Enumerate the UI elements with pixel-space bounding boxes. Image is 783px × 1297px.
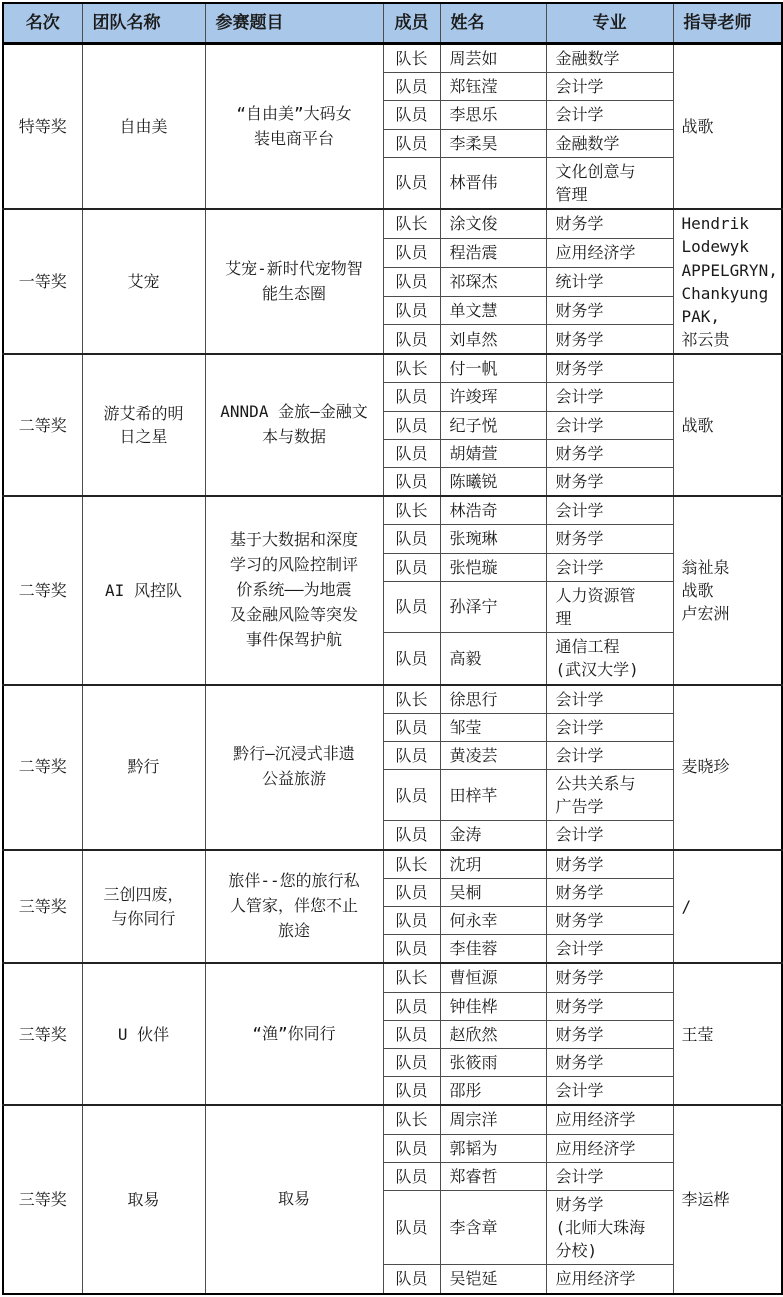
rank-cell: 三等奖 — [3, 963, 82, 1105]
name-cell: 钟佳桦 — [440, 992, 546, 1020]
role-cell: 队员 — [383, 383, 440, 411]
advisor-cell: 战歌 — [673, 44, 782, 210]
major-cell: 会计学 — [546, 383, 673, 411]
role-cell: 队长 — [383, 850, 440, 879]
role-cell: 队长 — [383, 44, 440, 73]
role-cell: 队员 — [383, 525, 440, 553]
name-cell: 赵欣然 — [440, 1020, 546, 1048]
role-cell: 队员 — [383, 101, 440, 129]
rank-cell: 三等奖 — [3, 1105, 82, 1293]
role-cell: 队长 — [383, 209, 440, 238]
name-cell: 沈玥 — [440, 850, 546, 879]
role-cell: 队长 — [383, 685, 440, 714]
header-cell-major: 专业 — [546, 3, 673, 44]
name-cell: 田梓芊 — [440, 770, 546, 821]
name-cell: 许竣珲 — [440, 383, 546, 411]
name-cell: 周宗洋 — [440, 1105, 546, 1134]
role-cell: 队员 — [383, 267, 440, 296]
role-cell: 队长 — [383, 1105, 440, 1134]
name-cell: 吴铠延 — [440, 1265, 546, 1294]
name-cell: 郑钰滢 — [440, 73, 546, 101]
member-row: 一等奖艾宠艾宠-新时代宠物智 能生态圈队长涂文俊财务学Hendrik Lodew… — [3, 209, 782, 238]
major-cell: 应用经济学 — [546, 1105, 673, 1134]
role-cell: 队员 — [383, 821, 440, 850]
role-cell: 队员 — [383, 581, 440, 632]
role-cell: 队员 — [383, 770, 440, 821]
major-cell: 会计学 — [546, 1077, 673, 1106]
major-cell: 财务学 — [546, 907, 673, 935]
major-cell: 财务学 — [546, 525, 673, 553]
role-cell: 队员 — [383, 129, 440, 157]
advisor-cell: / — [673, 850, 782, 964]
major-cell: 会计学 — [546, 821, 673, 850]
role-cell: 队员 — [383, 439, 440, 467]
advisor-cell: 麦晓珍 — [673, 685, 782, 850]
name-cell: 邹莹 — [440, 713, 546, 741]
major-cell: 应用经济学 — [546, 1134, 673, 1162]
role-cell: 队员 — [383, 411, 440, 439]
name-cell: 单文慧 — [440, 296, 546, 325]
topic-cell: 基于大数据和深度 学习的风险控制评 价系统——为地震 及金融风险等突发 事件保驾… — [205, 496, 383, 684]
major-cell: 财务学 — [546, 296, 673, 325]
name-cell: 付一帆 — [440, 354, 546, 383]
name-cell: 张琬琳 — [440, 525, 546, 553]
major-cell: 会计学 — [546, 935, 673, 964]
member-row: 二等奖游艾希的明 日之星ANNDA 金旅—金融文 本与数据队长付一帆财务学战歌 — [3, 354, 782, 383]
major-cell: 通信工程 (武汉大学) — [546, 633, 673, 685]
header-cell-advisor: 指导老师 — [673, 3, 782, 44]
major-cell: 公共关系与 广告学 — [546, 770, 673, 821]
role-cell: 队员 — [383, 553, 440, 581]
topic-cell: “自由美”大码女 装电商平台 — [205, 44, 383, 210]
advisor-cell: 战歌 — [673, 354, 782, 496]
role-cell: 队员 — [383, 741, 440, 769]
major-cell: 应用经济学 — [546, 1265, 673, 1294]
topic-cell: 黔行—沉浸式非遗 公益旅游 — [205, 685, 383, 850]
major-cell: 财务学 — [546, 992, 673, 1020]
name-cell: 邵彤 — [440, 1077, 546, 1106]
major-cell: 会计学 — [546, 73, 673, 101]
role-cell: 队员 — [383, 1265, 440, 1294]
major-cell: 应用经济学 — [546, 238, 673, 267]
major-cell: 财务学 — [546, 209, 673, 238]
name-cell: 林晋伟 — [440, 157, 546, 209]
rank-cell: 特等奖 — [3, 44, 82, 210]
name-cell: 张恺璇 — [440, 553, 546, 581]
member-row: 二等奖AI 风控队基于大数据和深度 学习的风险控制评 价系统——为地震 及金融风… — [3, 496, 782, 525]
member-row: 三等奖U 伙伴“渔”你同行队长曹恒源财务学王莹 — [3, 963, 782, 992]
role-cell: 队员 — [383, 238, 440, 267]
major-cell: 财务学 (北师大珠海 分校) — [546, 1190, 673, 1265]
name-cell: 李思乐 — [440, 101, 546, 129]
major-cell: 财务学 — [546, 439, 673, 467]
role-cell: 队员 — [383, 992, 440, 1020]
name-cell: 周芸如 — [440, 44, 546, 73]
major-cell: 财务学 — [546, 963, 673, 992]
role-cell: 队员 — [383, 1190, 440, 1265]
advisor-cell: 李运桦 — [673, 1105, 782, 1293]
team-cell: 游艾希的明 日之星 — [82, 354, 205, 496]
name-cell: 祁琛杰 — [440, 267, 546, 296]
rank-cell: 二等奖 — [3, 685, 82, 850]
major-cell: 会计学 — [546, 741, 673, 769]
name-cell: 徐思行 — [440, 685, 546, 714]
topic-cell: ANNDA 金旅—金融文 本与数据 — [205, 354, 383, 496]
header-row: 名次 团队名称 参赛题目 成员 姓名 专业 指导老师 — [3, 3, 782, 44]
name-cell: 刘卓然 — [440, 325, 546, 354]
major-cell: 会计学 — [546, 553, 673, 581]
name-cell: 孙泽宁 — [440, 581, 546, 632]
name-cell: 何永幸 — [440, 907, 546, 935]
major-cell: 会计学 — [546, 713, 673, 741]
topic-cell: 艾宠-新时代宠物智 能生态圈 — [205, 209, 383, 354]
role-cell: 队员 — [383, 157, 440, 209]
name-cell: 胡婧萱 — [440, 439, 546, 467]
major-cell: 财务学 — [546, 354, 673, 383]
team-cell: 三创四废， 与你同行 — [82, 850, 205, 964]
team-cell: 自由美 — [82, 44, 205, 210]
major-cell: 会计学 — [546, 101, 673, 129]
advisor-cell: 王莹 — [673, 963, 782, 1105]
name-cell: 高毅 — [440, 633, 546, 685]
team-cell: U 伙伴 — [82, 963, 205, 1105]
major-cell: 财务学 — [546, 878, 673, 906]
table-body: 特等奖自由美“自由美”大码女 装电商平台队长周芸如金融数学战歌队员郑钰滢会计学队… — [3, 44, 782, 1294]
role-cell: 队长 — [383, 963, 440, 992]
name-cell: 张筱雨 — [440, 1048, 546, 1076]
name-cell: 李含章 — [440, 1190, 546, 1265]
header-cell-topic: 参赛题目 — [205, 3, 383, 44]
name-cell: 纪子悦 — [440, 411, 546, 439]
role-cell: 队员 — [383, 73, 440, 101]
member-row: 三等奖三创四废， 与你同行旅伴--您的旅行私 人管家，伴您不止 旅途队长沈玥财务… — [3, 850, 782, 879]
header-cell-role: 成员 — [383, 3, 440, 44]
role-cell: 队员 — [383, 633, 440, 685]
topic-cell: “渔”你同行 — [205, 963, 383, 1105]
role-cell: 队员 — [383, 1077, 440, 1106]
name-cell: 吴桐 — [440, 878, 546, 906]
rank-cell: 三等奖 — [3, 850, 82, 964]
role-cell: 队长 — [383, 496, 440, 525]
name-cell: 黄凌芸 — [440, 741, 546, 769]
role-cell: 队长 — [383, 354, 440, 383]
role-cell: 队员 — [383, 468, 440, 497]
major-cell: 人力资源管 理 — [546, 581, 673, 632]
major-cell: 财务学 — [546, 1048, 673, 1076]
role-cell: 队员 — [383, 325, 440, 354]
role-cell: 队员 — [383, 296, 440, 325]
major-cell: 财务学 — [546, 468, 673, 497]
name-cell: 曹恒源 — [440, 963, 546, 992]
role-cell: 队员 — [383, 1048, 440, 1076]
major-cell: 会计学 — [546, 496, 673, 525]
name-cell: 程浩震 — [440, 238, 546, 267]
major-cell: 财务学 — [546, 850, 673, 879]
topic-cell: 旅伴--您的旅行私 人管家，伴您不止 旅途 — [205, 850, 383, 964]
name-cell: 金涛 — [440, 821, 546, 850]
team-cell: 艾宠 — [82, 209, 205, 354]
role-cell: 队员 — [383, 878, 440, 906]
name-cell: 陈曦锐 — [440, 468, 546, 497]
name-cell: 涂文俊 — [440, 209, 546, 238]
team-cell: 黔行 — [82, 685, 205, 850]
major-cell: 文化创意与 管理 — [546, 157, 673, 209]
name-cell: 郭韬为 — [440, 1134, 546, 1162]
advisor-cell: Hendrik Lodewyk APPELGRYN, Chankyung PAK… — [673, 209, 782, 354]
role-cell: 队员 — [383, 907, 440, 935]
major-cell: 会计学 — [546, 685, 673, 714]
name-cell: 李柔昊 — [440, 129, 546, 157]
member-row: 特等奖自由美“自由美”大码女 装电商平台队长周芸如金融数学战歌 — [3, 44, 782, 73]
advisor-cell: 翁祉泉 战歌 卢宏洲 — [673, 496, 782, 684]
role-cell: 队员 — [383, 935, 440, 964]
member-row: 二等奖黔行黔行—沉浸式非遗 公益旅游队长徐思行会计学麦晓珍 — [3, 685, 782, 714]
role-cell: 队员 — [383, 713, 440, 741]
rank-cell: 一等奖 — [3, 209, 82, 354]
role-cell: 队员 — [383, 1020, 440, 1048]
table-header: 名次 团队名称 参赛题目 成员 姓名 专业 指导老师 — [3, 3, 782, 44]
major-cell: 财务学 — [546, 325, 673, 354]
name-cell: 林浩奇 — [440, 496, 546, 525]
header-cell-rank: 名次 — [3, 3, 82, 44]
major-cell: 财务学 — [546, 1020, 673, 1048]
major-cell: 金融数学 — [546, 129, 673, 157]
awards-table: 名次 团队名称 参赛题目 成员 姓名 专业 指导老师 特等奖自由美“自由美”大码… — [2, 2, 783, 1295]
major-cell: 统计学 — [546, 267, 673, 296]
topic-cell: 取易 — [205, 1105, 383, 1293]
major-cell: 会计学 — [546, 1162, 673, 1190]
name-cell: 郑睿哲 — [440, 1162, 546, 1190]
role-cell: 队员 — [383, 1162, 440, 1190]
team-cell: 取易 — [82, 1105, 205, 1293]
header-cell-name: 姓名 — [440, 3, 546, 44]
major-cell: 会计学 — [546, 411, 673, 439]
rank-cell: 二等奖 — [3, 354, 82, 496]
name-cell: 李佳蓉 — [440, 935, 546, 964]
major-cell: 金融数学 — [546, 44, 673, 73]
role-cell: 队员 — [383, 1134, 440, 1162]
member-row: 三等奖取易取易队长周宗洋应用经济学李运桦 — [3, 1105, 782, 1134]
team-cell: AI 风控队 — [82, 496, 205, 684]
rank-cell: 二等奖 — [3, 496, 82, 684]
header-cell-team: 团队名称 — [82, 3, 205, 44]
